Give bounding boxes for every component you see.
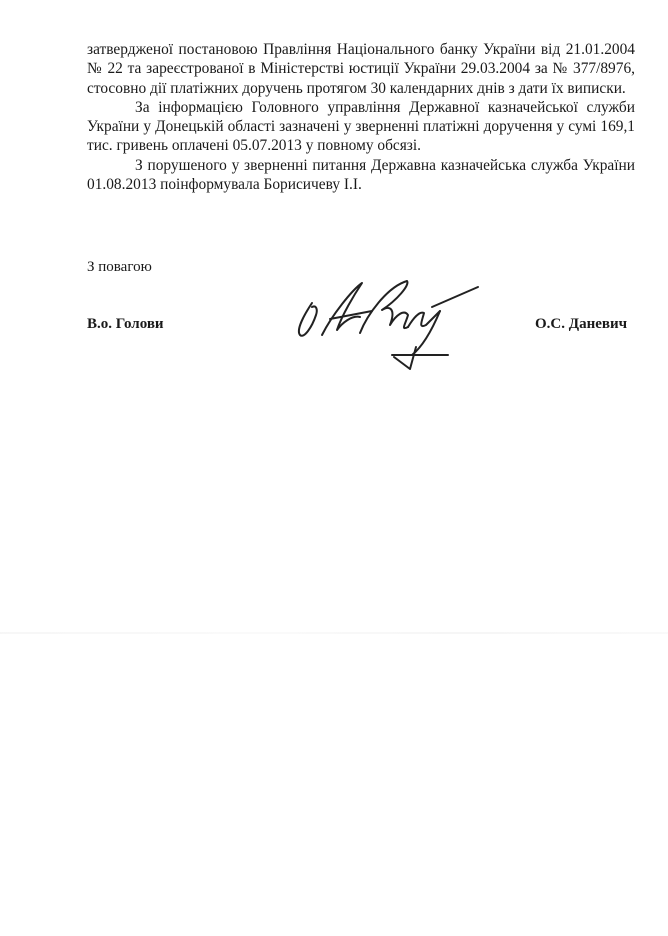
- closing-phrase: З повагою: [87, 259, 152, 276]
- document-page: затвердженої постановою Правління Націон…: [0, 0, 668, 936]
- signatory-title: В.о. Голови: [87, 316, 164, 333]
- scan-artifact-line: [0, 632, 668, 634]
- signature-icon: [282, 275, 482, 375]
- paragraph-continuation: затвердженої постановою Правління Націон…: [87, 40, 635, 98]
- paragraph-notification: З порушеного у зверненні питання Державн…: [87, 156, 635, 195]
- signatory-name: О.С. Даневич: [535, 316, 627, 333]
- letter-body: затвердженої постановою Правління Націон…: [87, 40, 635, 194]
- paragraph-treasury-info: За інформацією Головного управління Держ…: [87, 98, 635, 156]
